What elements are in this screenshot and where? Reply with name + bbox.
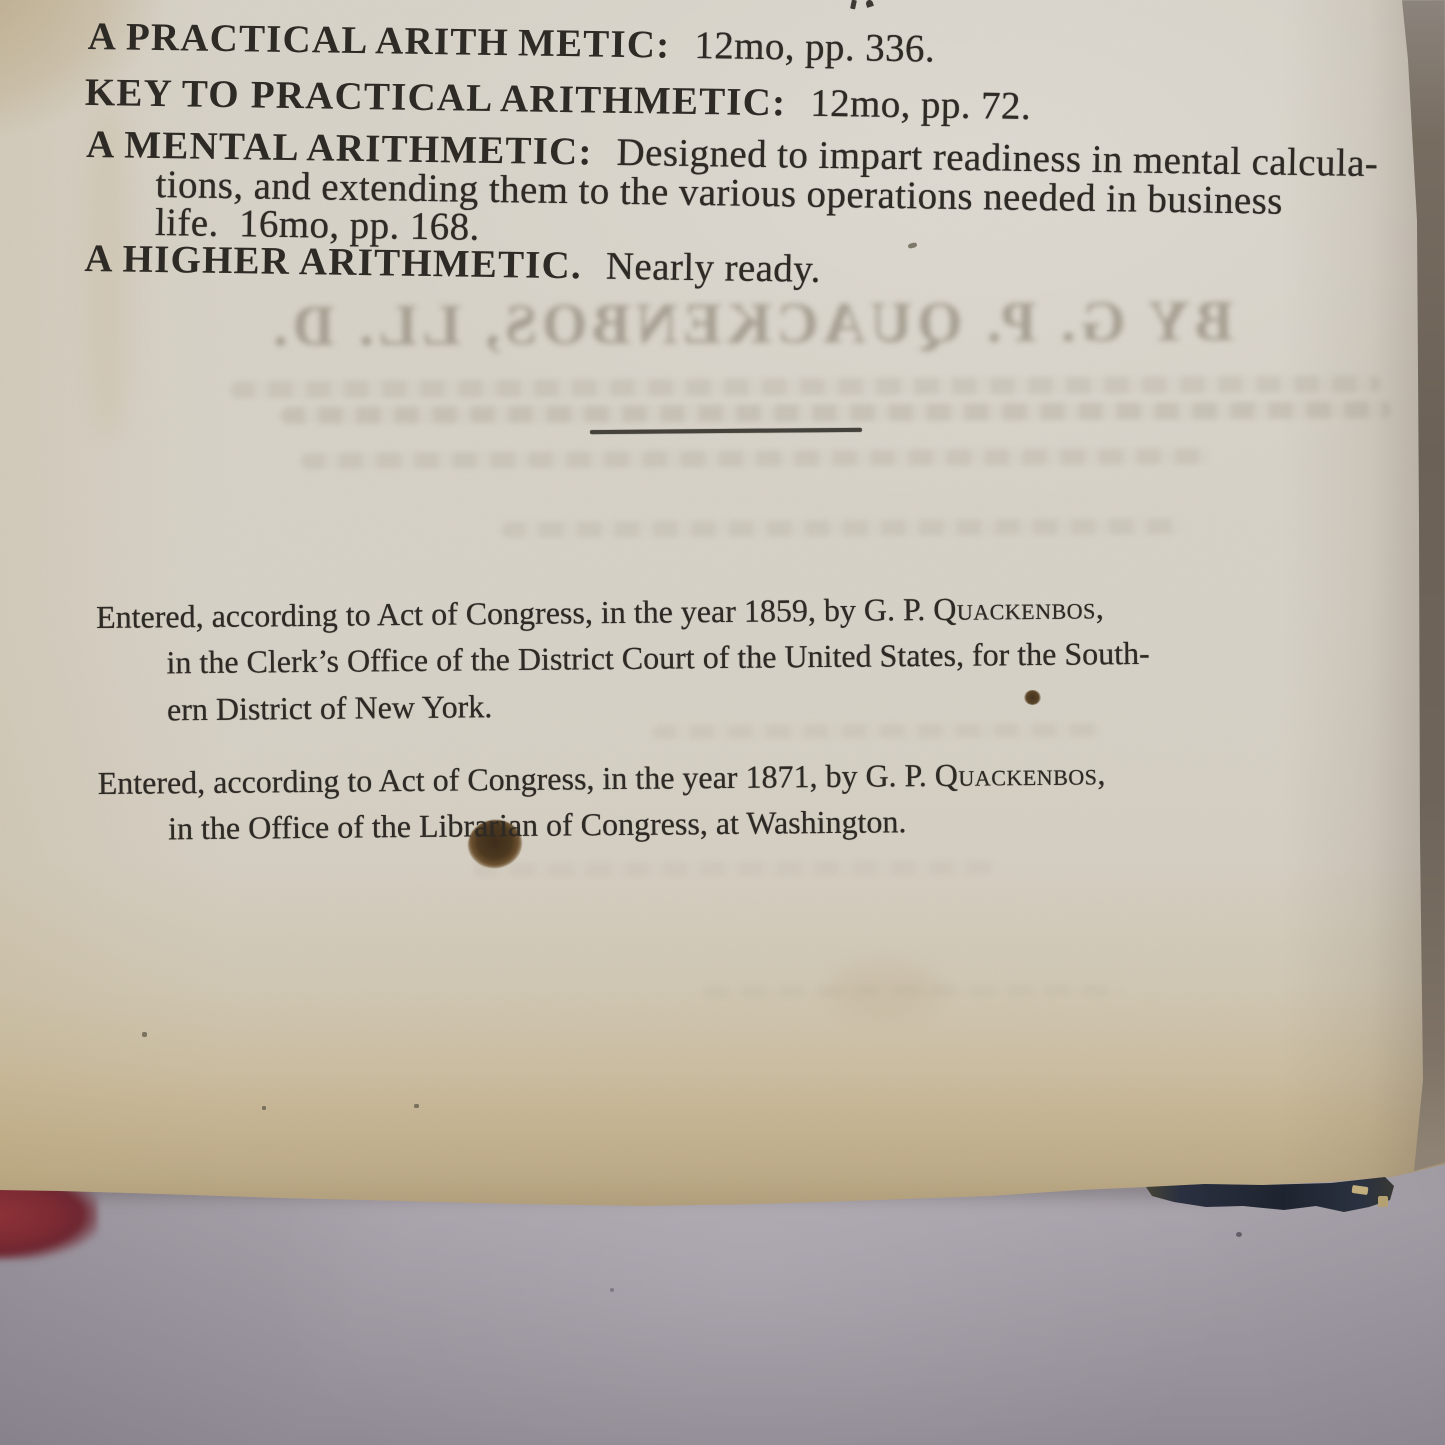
cover-edge-speck xyxy=(1378,1196,1388,1207)
photo-of-book-copyright-page: BY G. P. QUACKENBOS, LL. D. A PRACTICAL … xyxy=(0,0,1445,1445)
paper-speck xyxy=(142,1032,147,1037)
copyright-continuation: in the Office of the Librarian of Congre… xyxy=(168,804,907,846)
surface-speck xyxy=(610,1288,614,1292)
copyright-continuation: ern District of New York. xyxy=(167,689,493,727)
copyright-continuation: in the Clerk’s Office of the District Co… xyxy=(166,636,1150,681)
paper-smudge xyxy=(830,960,940,1020)
copyright-notices: Entered, according to Act of Congress, i… xyxy=(0,0,1445,901)
copyright-registrant: Quackenbos, xyxy=(935,755,1106,793)
copyright-line: Entered, according to Act of Congress, i… xyxy=(98,756,1107,801)
copyright-intro: Entered, according to Act of Congress, i… xyxy=(96,591,933,635)
copyright-line: Entered, according to Act of Congress, i… xyxy=(96,590,1105,635)
copyright-intro: Entered, according to Act of Congress, i… xyxy=(98,757,935,801)
surface-speck xyxy=(1236,1232,1242,1237)
book-page: BY G. P. QUACKENBOS, LL. D. A PRACTICAL … xyxy=(0,0,1445,1215)
paper-speck xyxy=(262,1106,266,1110)
paper-speck xyxy=(414,1104,419,1108)
copyright-registrant: Quackenbos, xyxy=(933,589,1104,627)
